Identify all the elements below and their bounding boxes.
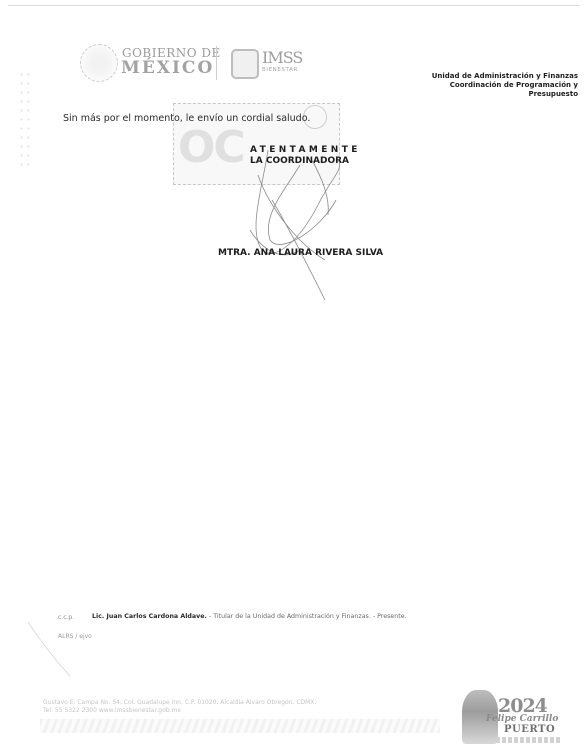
cc-recipient-description: - Titular de la Unidad de Administración…: [207, 613, 407, 620]
department-line: Coordinación de Programación y: [432, 81, 578, 90]
salutation: ATENTAMENTE: [250, 145, 361, 155]
footer-contact-line: Tel: 55 5322 2300 www.imssbienestar.gob.…: [43, 707, 316, 715]
cc-recipient-name: Lic. Juan Carlos Cardona Aldave.: [92, 613, 207, 620]
cc-recipient: Lic. Juan Carlos Cardona Aldave. - Titul…: [92, 613, 407, 620]
promo-place: PUERTO: [504, 724, 555, 735]
page-top-border: [8, 5, 580, 6]
department-heading: Unidad de Administración y Finanzas Coor…: [432, 72, 578, 99]
scan-margin-artifacts: [18, 70, 32, 170]
department-line: Presupuesto: [432, 90, 578, 99]
promo-subtext: [496, 737, 560, 743]
signer-name: MTRA. ANA LAURA RIVERA SILVA: [218, 248, 383, 258]
signer-role: LA COORDINADORA: [250, 156, 349, 166]
imss-logo-text: IMSS: [262, 48, 302, 67]
mexico-seal-icon: [80, 44, 118, 82]
imss-logo-subtext: BIENESTAR: [262, 67, 298, 73]
footer-address-line: Gustavo E. Campa No. 54, Col. Guadalupe …: [43, 699, 316, 707]
gobierno-logo-line2: MÉXICO: [121, 58, 214, 78]
promo-name: Felipe Carrillo: [486, 714, 558, 724]
closing-sentence: Sin más por el momento, le envío un cord…: [63, 113, 310, 124]
stamp-text: OC: [178, 122, 244, 173]
reference-initials: ALRS / ejvo: [58, 633, 92, 640]
footer-decorative-band: [40, 719, 440, 733]
imss-logo-icon: [231, 49, 259, 79]
cc-label: c.c.p.: [58, 614, 74, 621]
department-line: Unidad de Administración y Finanzas: [432, 72, 578, 81]
logo-divider: [216, 46, 217, 80]
footer-address: Gustavo E. Campa No. 54, Col. Guadalupe …: [43, 699, 316, 715]
